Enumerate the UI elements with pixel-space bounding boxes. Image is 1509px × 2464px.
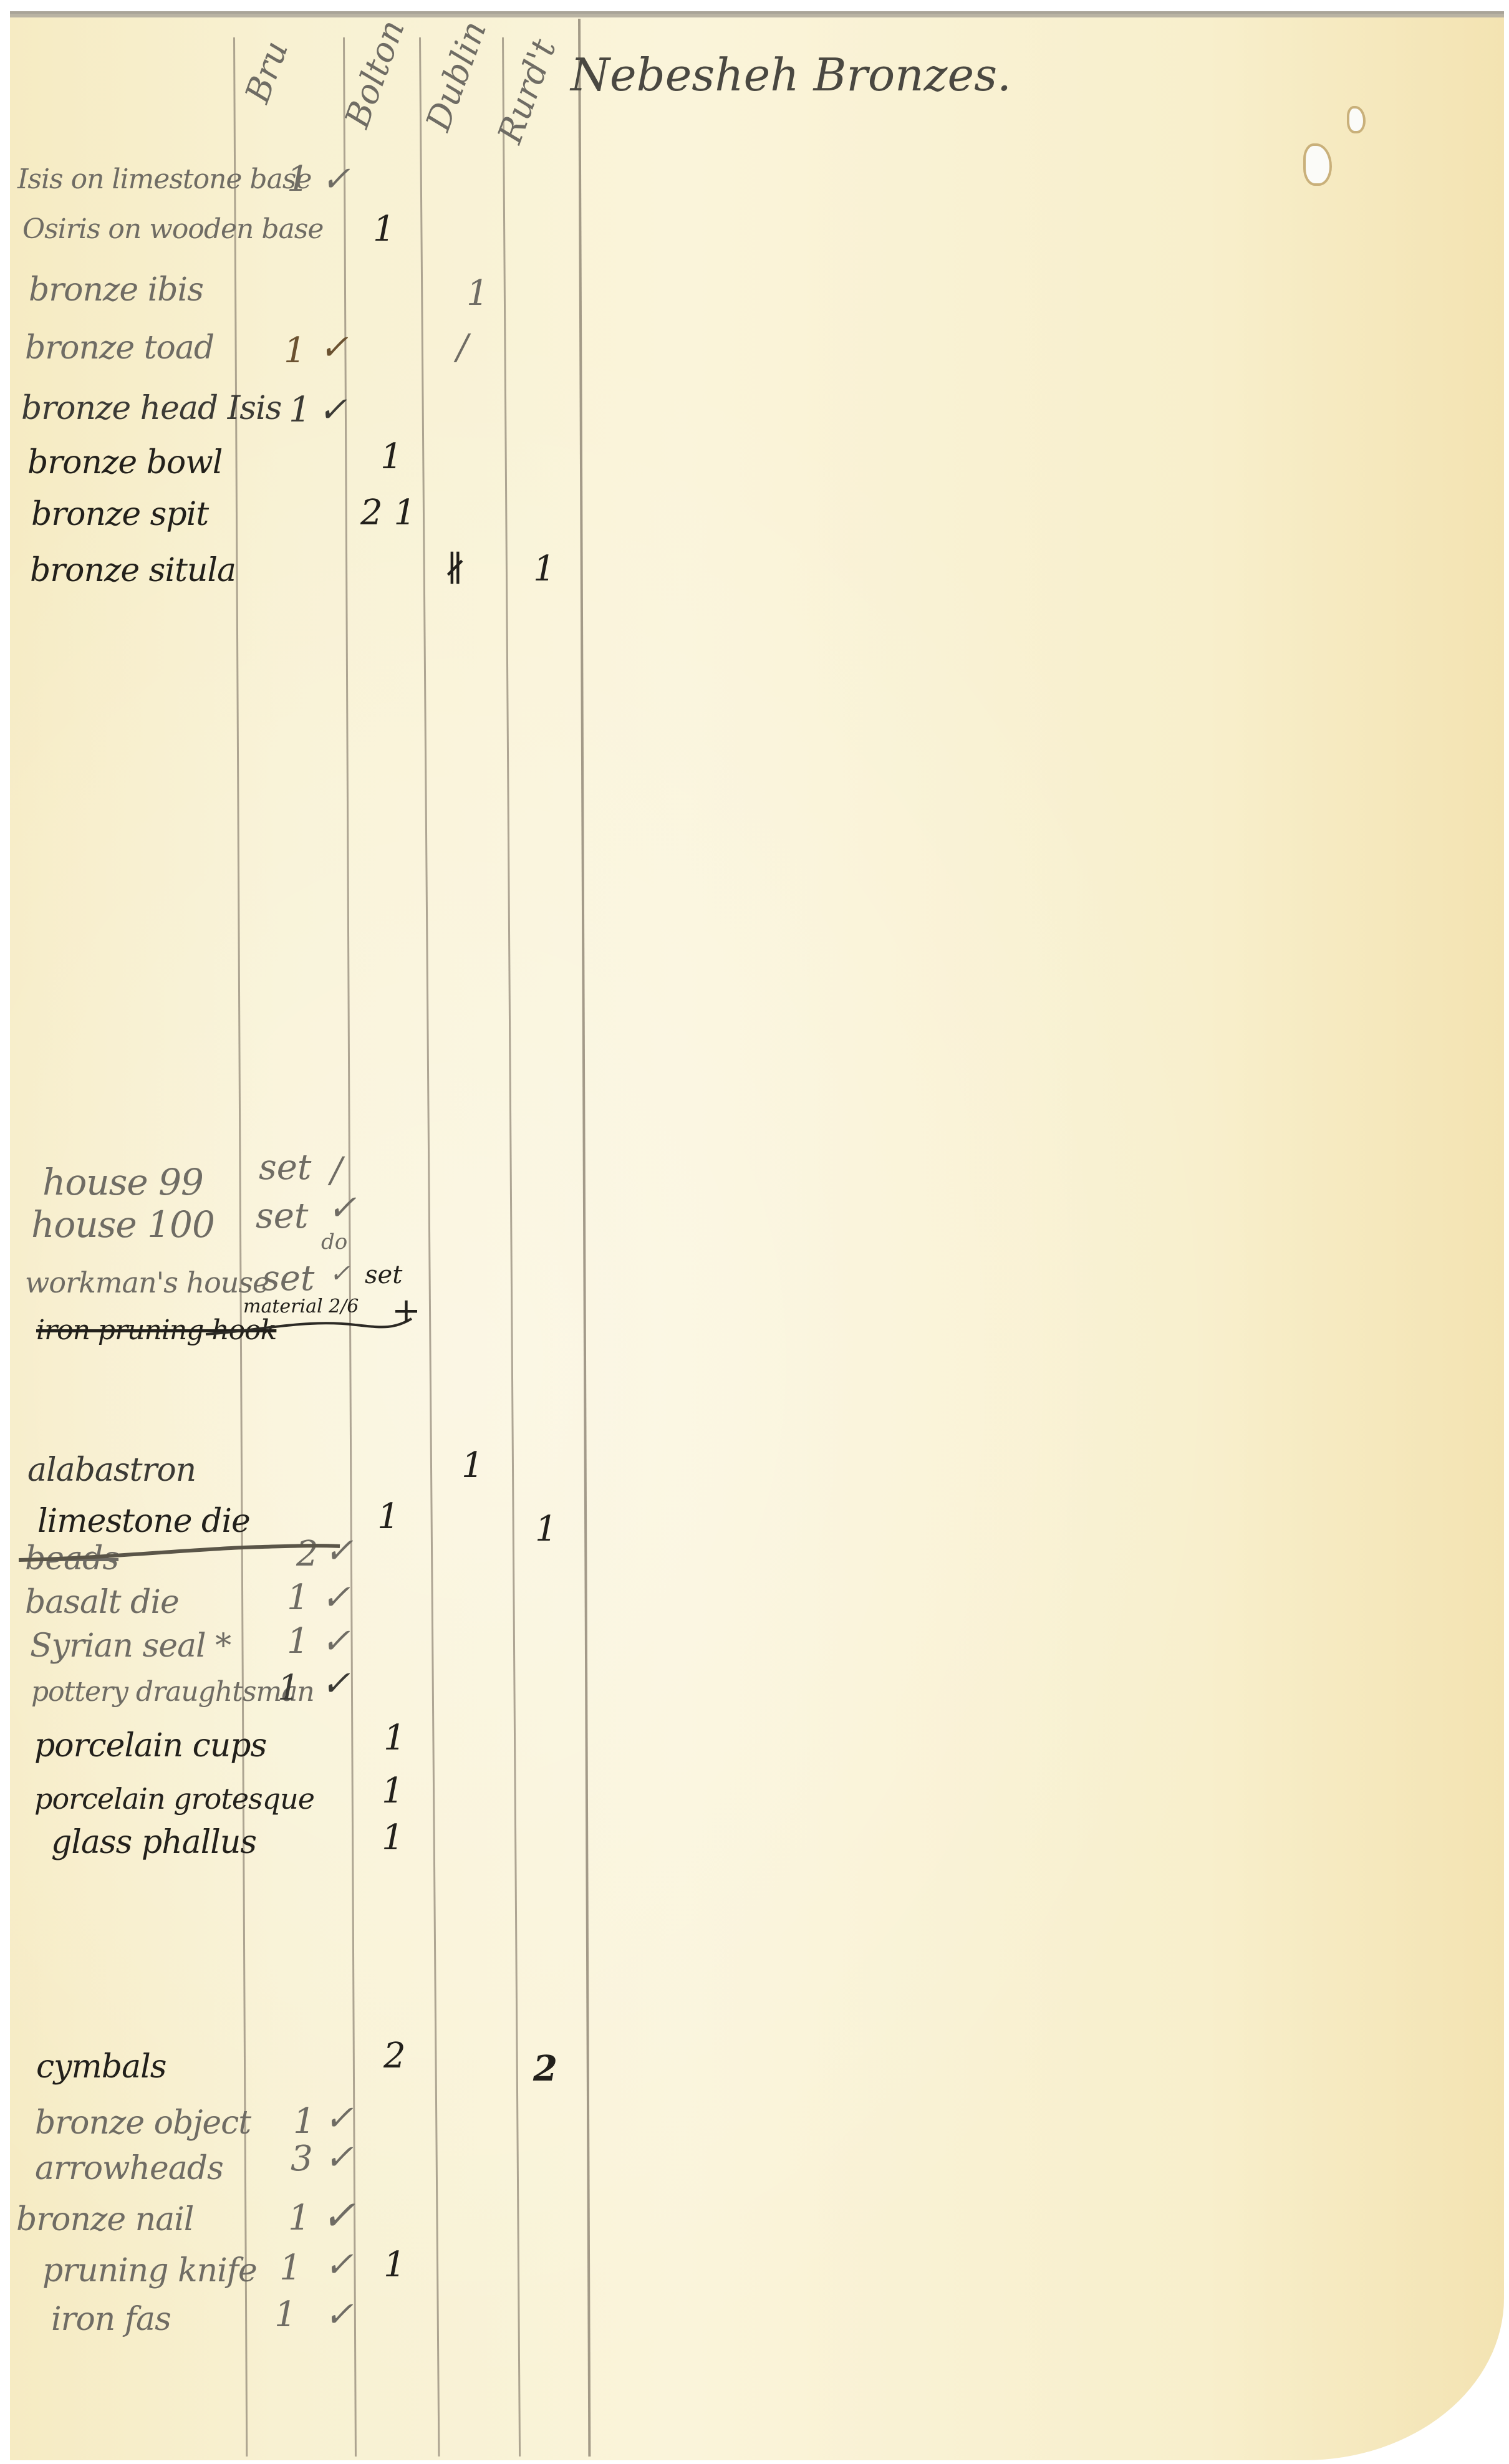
row-c1-check: ✓ — [318, 390, 347, 430]
strike-line — [19, 1535, 343, 1566]
row-c1-check: ✓ — [324, 2294, 354, 2335]
row-label: bronze spit — [31, 496, 208, 533]
row-c1-check: ✓ — [324, 2098, 354, 2139]
row-label: bronze nail — [16, 2201, 193, 2238]
row-c4-count: 1 — [533, 549, 556, 589]
row-label: porcelain grotesque — [34, 1782, 314, 1816]
row-note-above: do — [321, 1230, 347, 1254]
row-c1-count: 1 — [287, 1577, 309, 1618]
row-label: Isis on limestone base — [17, 163, 311, 195]
row-c1-count: 3 — [291, 2139, 313, 2179]
row-label: bronze head Isis — [21, 390, 281, 427]
row-c1-check: ✓ — [327, 1188, 357, 1228]
row-c1-check: ✓ — [321, 159, 350, 200]
row-c1-count: 1 — [274, 2294, 297, 2335]
row-c1-count: 1 — [277, 1668, 300, 1708]
row-label: bronze object — [35, 2104, 251, 2142]
row-c2-count: 1 — [380, 436, 403, 477]
row-c1-count: 1 — [284, 330, 306, 371]
row-c2-count: 2 — [383, 2036, 406, 2076]
row-c2-count: 2 1 — [360, 493, 416, 533]
paper-hole — [1347, 106, 1366, 133]
row-label: pruning knife — [42, 2252, 257, 2289]
row-c2-count: 1 — [383, 2245, 406, 2285]
row-c2-count: 1 — [373, 209, 395, 249]
document-page — [10, 14, 1504, 2460]
row-label: bronze ibis — [29, 271, 203, 309]
row-label: alabastron — [27, 1451, 196, 1489]
row-label: iron fas — [51, 2301, 171, 2338]
row-label: bronze toad — [25, 329, 214, 367]
row-label: porcelain cups — [34, 1727, 266, 1764]
row-label: house 100 — [31, 1203, 215, 1246]
row-c2-count: 1 — [377, 1496, 400, 1537]
row-label: arrowheads — [35, 2150, 223, 2187]
row-c1-count: set — [259, 1147, 311, 1188]
row-c1-count: 1 — [293, 2101, 316, 2142]
row-label: basalt die — [25, 1584, 179, 1621]
torn-corner — [1434, 2432, 1509, 2464]
row-label: Osiris on wooden base — [22, 213, 323, 245]
row-c3-count: 1 — [466, 273, 489, 314]
row-c1-check: ✓ — [319, 327, 349, 368]
row-label: pottery draughtsman — [31, 1676, 314, 1708]
row-c4-count: 2 — [533, 2048, 557, 2089]
row-c3-count: / — [456, 327, 468, 368]
row-label: cymbals — [36, 2048, 166, 2086]
row-c2-count: 1 — [382, 1771, 404, 1811]
row-c1-check: ✓ — [329, 1259, 350, 1288]
row-label: house 99 — [42, 1161, 203, 1203]
row-struck-mark: + — [392, 1291, 421, 1331]
row-c1-count: 1 — [289, 390, 311, 430]
row-c4-count: 1 — [535, 1509, 557, 1549]
row-c1-check: ✓ — [321, 1577, 350, 1618]
row-c1-check: ✓ — [324, 2245, 354, 2285]
row-label: bronze bowl — [27, 444, 222, 481]
row-c1-count: set — [256, 1196, 308, 1236]
row-c2-count: 1 — [383, 1718, 406, 1758]
row-label: glass phallus — [51, 1824, 256, 1861]
row-c2-count: 1 — [382, 1817, 404, 1858]
row-label: limestone die — [37, 1503, 250, 1540]
row-c1-count: 1 — [288, 2198, 311, 2238]
row-c1-count: 1 — [279, 2248, 302, 2288]
row-c1-count: 1 — [287, 1621, 309, 1662]
row-label: bronze situla — [30, 552, 236, 589]
strike-line — [206, 1306, 418, 1344]
row-c1-check: ✓ — [321, 2192, 355, 2240]
row-c1-count: 1 — [287, 159, 309, 200]
row-c3-count: 1 — [461, 1445, 484, 1486]
row-c2-count: set — [365, 1261, 402, 1289]
row-label: workman's house — [25, 1266, 269, 1299]
row-c1-check: / — [330, 1150, 342, 1191]
row-c1-check: ✓ — [321, 1621, 350, 1662]
row-c1-count: set — [262, 1258, 314, 1299]
row-c3-count: ∦ — [444, 549, 466, 589]
row-c1-check: ✓ — [324, 2137, 354, 2178]
row-c1-check: ✓ — [321, 1663, 350, 1704]
row-label: Syrian seal * — [30, 1627, 231, 1665]
page-title: Nebesheh Bronzes. — [571, 49, 1011, 101]
